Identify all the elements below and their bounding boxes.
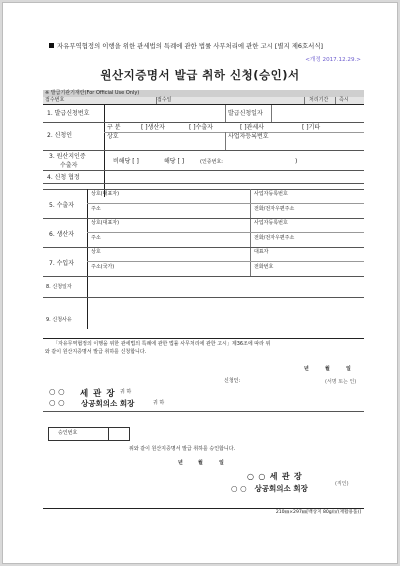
producer-contact-label: 전화/전자우편주소 [254,235,294,242]
month-label: 월 [325,366,330,373]
applicant-label: 2. 신청인 [47,132,72,140]
divider [87,232,364,233]
divider [156,97,157,104]
approval-day-label: 일 [219,460,224,467]
importer-label: 7. 수입자 [49,260,74,268]
page-title: 원산지증명서 발급 취하 신청(승인)서 [3,67,397,83]
approval-statement: 위와 같이 원산지증명서 발급 취하를 승인합니다. [129,446,235,453]
importer-name-label: 상호 [91,249,101,256]
not-applicable-checkbox[interactable]: 비해당 [ ] [113,158,139,166]
certification-no-label: (인증번호: [200,159,223,166]
divider [43,218,364,219]
importer-rep-label: 대표자 [254,249,269,256]
divider [43,411,364,412]
approval-month-label: 월 [198,460,203,467]
application-reason-label: 9. 신청사유 [46,317,72,324]
processing-period-label: 처리기간 [309,97,328,104]
producer-biz-no-label: 사업자등록번호 [254,220,288,227]
receipt-date-label: 접수일 [157,97,172,104]
divider [43,183,364,184]
divider [43,297,364,298]
applicant-sign-label: 신청인: [224,378,240,385]
issuer-chamber: ○ ○ 상공회의소 회장 [231,483,308,494]
declaration-text-2: 와 같이 원산지증명서 발급 취하를 신청합니다. [45,349,146,356]
divider [335,97,336,104]
divider [43,104,364,105]
certification-no-close: ) [295,158,297,166]
option-exporter-checkbox[interactable]: [ ]수출자 [189,124,213,132]
divider [43,150,364,151]
divider [87,189,88,329]
exporter-biz-no-label: 사업자등록번호 [254,191,288,198]
category-label: 구 분 [107,124,121,132]
sign-or-seal-note: (서명 또는 인) [325,379,356,386]
divider [43,276,364,277]
divider [87,261,364,262]
addressee-chamber-suffix: 귀 하 [153,400,164,407]
divider [43,247,364,248]
option-customs-broker-checkbox[interactable]: [ ]관세사 [240,124,264,132]
issuer-customs: ○ ○ 세 관 장 [247,471,303,482]
addressee-customs-suffix: 귀 하 [120,389,131,396]
application-date-label: 8. 신청일자 [46,284,72,291]
option-other-checkbox[interactable]: [ ]기타 [302,124,320,132]
divider [271,105,272,122]
legal-basis-text: 자유무역협정의 이행을 위한 관세법의 특례에 관한 법률 사무처리에 관한 고… [57,42,323,50]
declaration-text-1: 「자유무역협정의 이행을 위한 관세법의 특례에 관한 법률 사무처리에 관한 … [53,341,270,348]
divider [43,122,364,123]
applicant-trade-name-label: 상호 [107,133,119,141]
producer-name-label: 상호(대표자) [91,220,119,227]
exporter-label: 5. 수출자 [49,202,74,210]
addressee-chamber-circles: ○ ○ [49,398,65,407]
paper-spec: 210㎜×297㎜[백상지 80g/㎡(재활용품)] [276,509,361,515]
exporter-contact-label: 전화/전자우편주소 [254,206,294,213]
producer-address-label: 주소 [91,235,101,242]
applicable-checkbox[interactable]: 해당 [ ] [164,158,184,166]
day-label: 일 [346,366,351,373]
importer-address-label: 주소(국가) [91,264,114,271]
approval-year-label: 년 [178,460,183,467]
option-producer-checkbox[interactable]: [ ]생산자 [141,124,165,132]
divider [304,97,305,104]
year-label: 년 [304,366,309,373]
exporter-address-label: 주소 [91,206,101,213]
applicant-biz-no-label: 사업자등록번호 [228,133,269,141]
divider [108,427,109,440]
processing-period-value: 즉시 [339,97,349,104]
certified-exporter-label-2: 수출자 [60,162,77,170]
addressee-chamber: 상공회의소 회장 [81,398,134,409]
divider [87,203,364,204]
divider [225,105,226,122]
receipt-no-label: 접수번호 [45,97,64,104]
approval-no-label[interactable]: 승인번호 [58,430,77,437]
issue-application-no-label: 1. 발급신청번호 [47,110,89,118]
addressee-customs-circles: ○ ○ [49,387,65,396]
issue-application-date-label: 발급신청일자 [228,110,263,118]
producer-label: 6. 생산자 [49,231,74,239]
divider [43,170,364,171]
divider [43,338,364,339]
official-use-label: ※ 발급기관기재란(For Official Use Only) [45,90,139,97]
document-page: 자유무역협정의 이행을 위한 관세법의 특례에 관한 법률 사무처리에 관한 고… [2,2,398,564]
divider [225,132,226,150]
legal-basis-note: 자유무역협정의 이행을 위한 관세법의 특례에 관한 법률 사무처리에 관한 고… [49,41,323,50]
square-bullet-icon [49,43,54,48]
divider [43,189,364,190]
exporter-name-label: 상호(대표자) [91,191,119,198]
importer-phone-label: 전화번호 [254,264,273,271]
agreement-label: 4. 신청 협정 [47,174,80,182]
revision-date: <개정 2017.12.29.> [305,55,361,63]
certified-exporter-label-1: 3. 원산지인증 [49,153,86,161]
official-seal-note: (직인) [335,481,349,488]
